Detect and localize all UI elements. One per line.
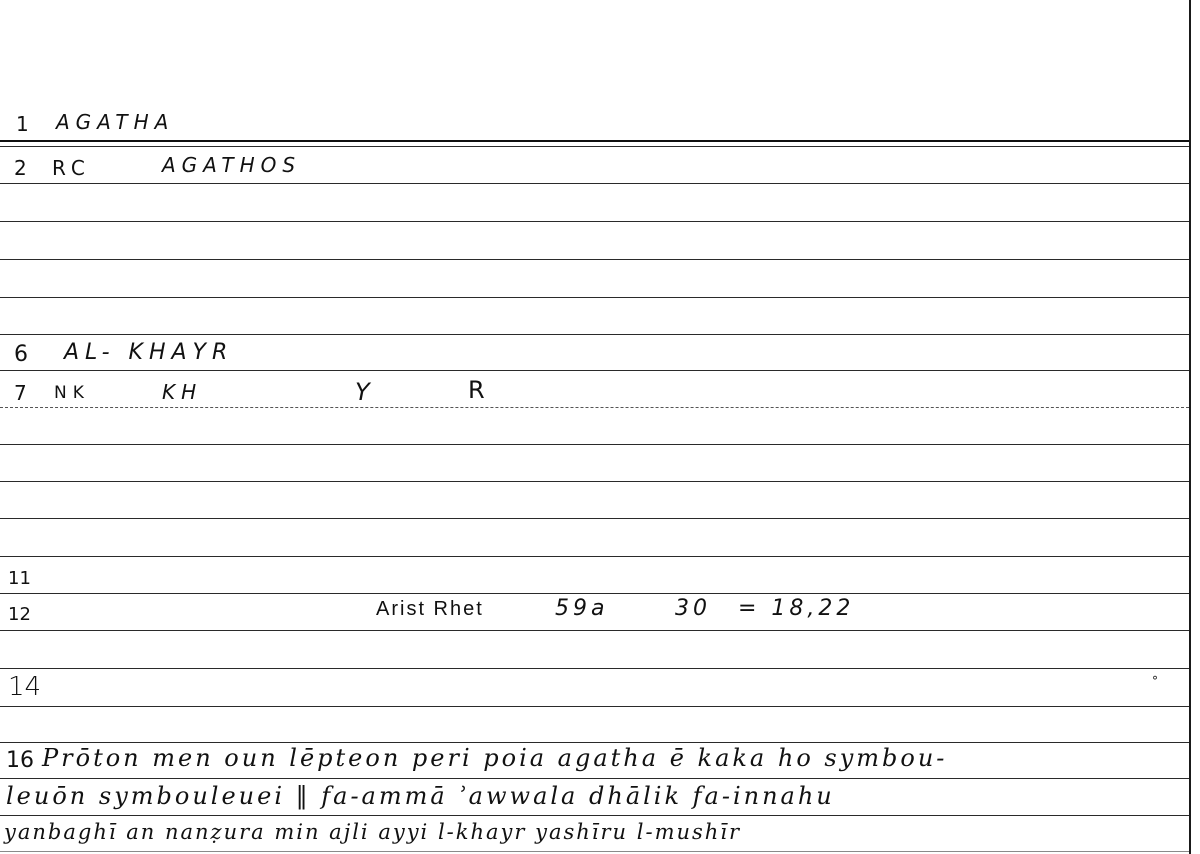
row-number-6: 6 (14, 342, 28, 367)
row-number-16: 16 (6, 748, 34, 773)
index-card: 1 AGATHA 2 RC AGATHOS 6 AL- KHAYR 7 NK K… (0, 0, 1200, 854)
rule-line (0, 183, 1189, 184)
rule-line (0, 481, 1189, 482)
row-16-greek-transliteration: Prōton men oun lēpteon peri poia agatha … (42, 744, 947, 772)
row-16-arabic-transliteration: yanbaghī an nanẓura min ajli ayyi l-khay… (4, 820, 741, 844)
row-14-stray-mark: ° (1152, 674, 1158, 688)
row-2-source-code: RC (52, 156, 91, 180)
rule-line (0, 518, 1189, 519)
row-6-term: AL- KHAYR (64, 340, 233, 365)
row-number-11: 11 (8, 568, 31, 589)
row-2-term: AGATHOS (162, 153, 301, 177)
row-16-greek-arabic-transliteration: leuōn symbouleuei ‖ fa-ammā ʾawwala dhāl… (6, 782, 835, 810)
rule-line (0, 370, 1189, 371)
rule-line (0, 297, 1189, 298)
rule-line (0, 778, 1189, 779)
row-12-reference-page: 59a (555, 596, 608, 621)
rule-line (0, 851, 1189, 852)
rule-line (0, 815, 1189, 816)
rule-line (0, 706, 1189, 707)
rule-line (0, 742, 1189, 743)
row-12-reference-line: 30 (675, 596, 711, 621)
row-1-term: AGATHA (56, 110, 174, 134)
rule-line-dashed (0, 407, 1189, 409)
row-number-12: 12 (8, 604, 31, 625)
rule-line (0, 334, 1189, 335)
row-number-1: 1 (16, 112, 29, 136)
row-7-root-r: R (468, 376, 491, 404)
rule-line (0, 556, 1189, 557)
rule-line (0, 221, 1189, 222)
row-12-reference-extra: = 18,22 (738, 596, 854, 621)
rule-line (0, 668, 1189, 669)
card-right-border (1189, 0, 1191, 854)
row-7-root-kh: KH (162, 380, 202, 404)
rule-line (0, 593, 1189, 594)
row-number-2: 2 (14, 156, 27, 180)
rule-line (0, 630, 1189, 631)
row-12-reference-work: Arist Rhet (376, 598, 484, 621)
row-number-7: 7 (14, 381, 27, 405)
rule-line (0, 140, 1189, 142)
row-number-14: 14 (8, 672, 41, 702)
rule-line (0, 444, 1189, 445)
rule-line (0, 259, 1189, 260)
rule-line (0, 146, 1189, 147)
row-7-root-y: Y (355, 378, 376, 406)
row-7-source-code: NK (54, 383, 90, 403)
